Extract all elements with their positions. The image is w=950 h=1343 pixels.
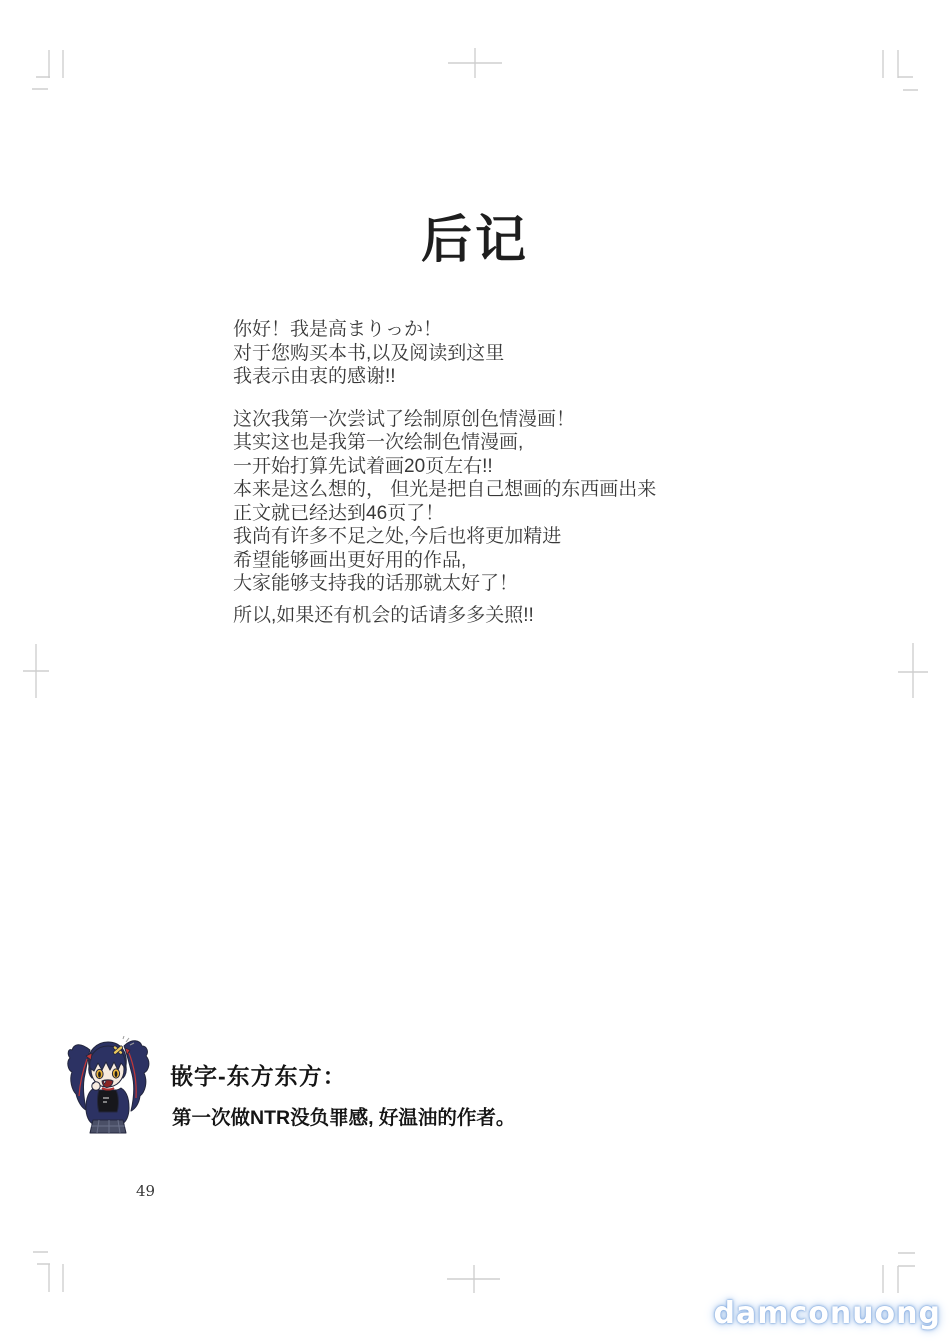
page-title: 后记 xyxy=(0,198,950,272)
body-line: 所以,如果还有机会的话请多多关照!! xyxy=(233,604,713,628)
choker xyxy=(102,1088,114,1090)
typesetter-credit-title: 嵌字-东方东方： xyxy=(170,1058,347,1091)
body-line: 一开始打算先试着画20页左右!! xyxy=(233,455,713,479)
afterword-page: 后记 你好！我是高まりっか！ 对于您购买本书,以及阅读到这里 我表示由衷的感谢!… xyxy=(0,0,950,1343)
typesetter-credit-note: 第一次做NTR没负罪感, 好温油的作者。 xyxy=(172,1102,515,1130)
body-line: 大家能够支持我的话那就太好了！ xyxy=(233,572,713,596)
body-line: 我表示由衷的感谢!! xyxy=(233,365,713,389)
hand xyxy=(92,1082,100,1090)
page-number: 49 xyxy=(136,1182,155,1200)
inner-top xyxy=(98,1090,119,1112)
body-line: 其实这也是我第一次绘制色情漫画, xyxy=(233,431,713,455)
body-line: 你好！我是高まりっか！ xyxy=(233,318,713,342)
paragraph-closing: 所以,如果还有机会的话请多多关照!! xyxy=(233,604,713,628)
body-line: 本来是这么想的， 但光是把自己想画的东西画出来 xyxy=(233,478,713,502)
body-line: 这次我第一次尝试了绘制原创色情漫画！ xyxy=(233,408,713,432)
skirt xyxy=(90,1120,126,1133)
body-line: 正文就已经达到46页了！ xyxy=(233,502,713,526)
body-line: 希望能够画出更好用的作品, xyxy=(233,549,713,573)
afterword-body: 你好！我是高まりっか！ 对于您购买本书,以及阅读到这里 我表示由衷的感谢!! 这… xyxy=(233,318,713,646)
paragraph-greeting: 你好！我是高まりっか！ 对于您购买本书,以及阅读到这里 我表示由衷的感谢!! xyxy=(233,318,713,389)
body-line: 对于您购买本书,以及阅读到这里 xyxy=(233,342,713,366)
watermark: damconuong xyxy=(713,1296,941,1331)
body-line: 我尚有许多不足之处,今后也将更加精进 xyxy=(233,525,713,549)
paragraph-main: 这次我第一次尝试了绘制原创色情漫画！ 其实这也是我第一次绘制色情漫画, 一开始打… xyxy=(233,408,713,596)
mascot-chibi-girl-illustration xyxy=(66,1036,152,1136)
